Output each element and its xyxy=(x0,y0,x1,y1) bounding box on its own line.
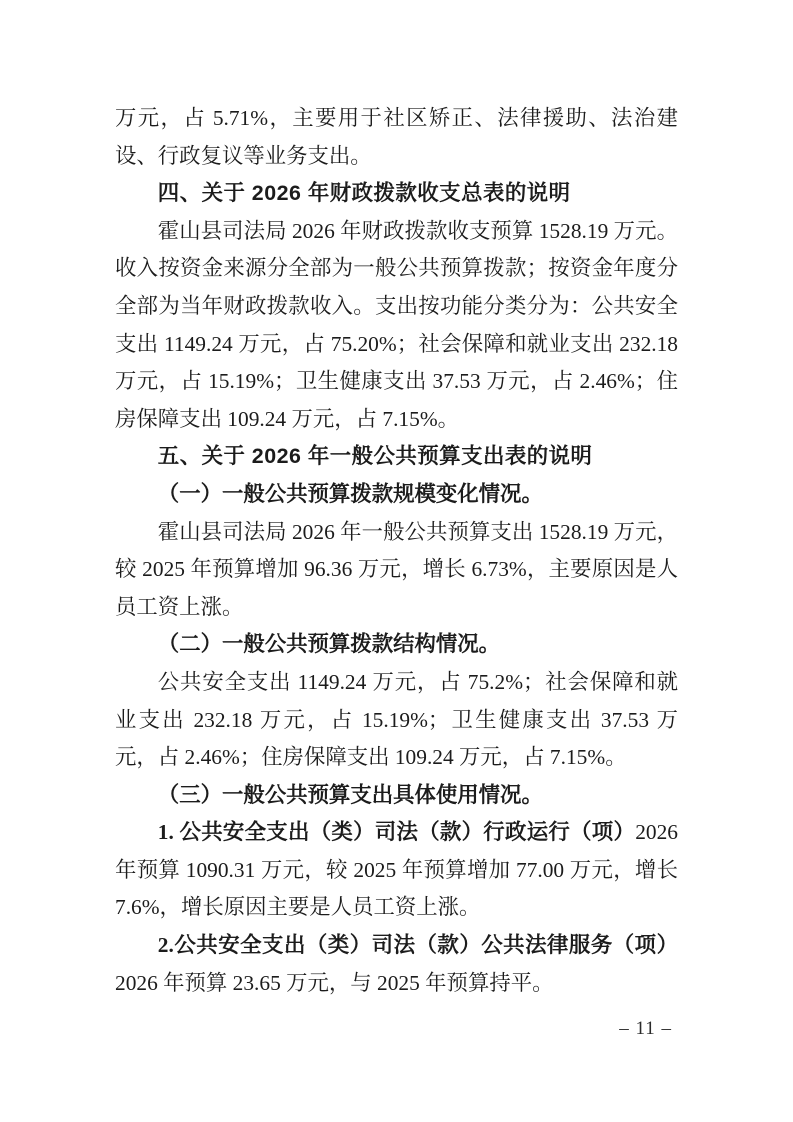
section-5-sub3-heading: （三）一般公共预算支出具体使用情况。 xyxy=(115,777,678,815)
section-4-heading: 四、关于 2026 年财政拨款收支总表的说明 xyxy=(115,175,678,213)
page-number: – 11 – xyxy=(619,1018,672,1040)
section-5-sub2-paragraph: 公共安全支出 1149.24 万元，占 75.2%；社会保障和就业支出 232.… xyxy=(115,664,678,777)
paragraph-continuation: 万元，占 5.71%，主要用于社区矫正、法律援助、法治建设、行政复议等业务支出。 xyxy=(115,100,678,175)
section-5-sub3-item-2: 2.公共安全支出（类）司法（款）公共法律服务（项）2026 年预算 23.65 … xyxy=(115,927,678,1002)
section-5-heading: 五、关于 2026 年一般公共预算支出表的说明 xyxy=(115,438,678,476)
item-1-lead: 1. 公共安全支出（类）司法（款）行政运行（项） xyxy=(158,820,635,844)
section-5-sub1-heading: （一）一般公共预算拨款规模变化情况。 xyxy=(115,476,678,514)
section-5-sub2-heading: （二）一般公共预算拨款结构情况。 xyxy=(115,626,678,664)
section-5-sub1-paragraph: 霍山县司法局 2026 年一般公共预算支出 1528.19 万元，较 2025 … xyxy=(115,514,678,627)
item-2-lead: 2.公共安全支出（类）司法（款）公共法律服务（项） xyxy=(158,933,678,957)
section-5-sub3-item-1: 1. 公共安全支出（类）司法（款）行政运行（项）2026 年预算 1090.31… xyxy=(115,814,678,927)
document-page: 万元，占 5.71%，主要用于社区矫正、法律援助、法治建设、行政复议等业务支出。… xyxy=(0,0,793,1122)
document-body: 万元，占 5.71%，主要用于社区矫正、法律援助、法治建设、行政复议等业务支出。… xyxy=(115,0,678,1002)
item-2-text: 2026 年预算 23.65 万元，与 2025 年预算持平。 xyxy=(115,971,554,995)
section-4-paragraph: 霍山县司法局 2026 年财政拨款收支预算 1528.19 万元。收入按资金来源… xyxy=(115,213,678,439)
